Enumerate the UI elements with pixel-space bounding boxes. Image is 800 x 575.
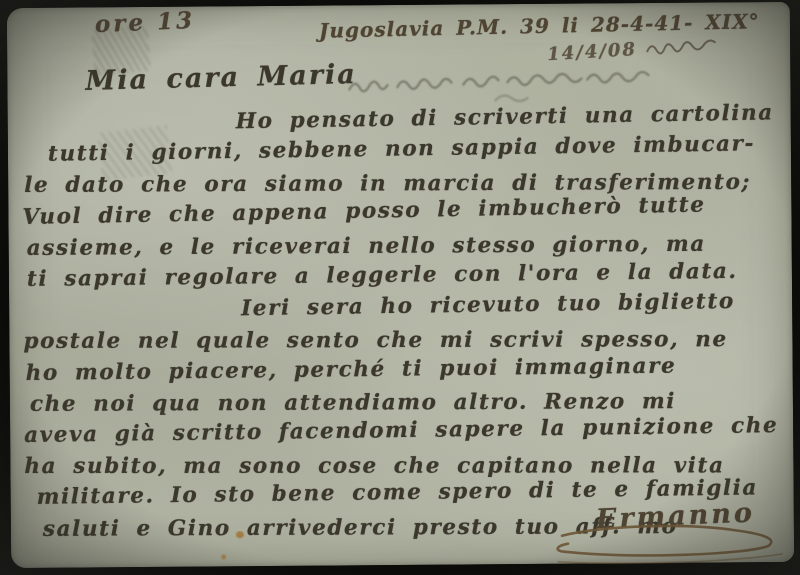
time-note: ore 13: [94, 7, 195, 38]
postcard: ore 13 Jugoslavia P.M. 39 li 28-4-41- XI…: [7, 2, 794, 568]
letter-line: tutti i giorni, sebbene non sappia dove …: [48, 128, 769, 170]
pencil-scribble-mark: [645, 35, 718, 57]
pencil-date-text: 14/4/08: [547, 39, 638, 65]
pencil-date-note: 14/4/08: [547, 34, 718, 65]
scan-background: ore 13 Jugoslavia P.M. 39 li 28-4-41- XI…: [0, 0, 800, 575]
salutation: Mia cara Maria: [85, 59, 357, 97]
signature-flourish: [556, 520, 788, 568]
letter-line: Ieri sera ho ricevuto tuo biglietto: [241, 286, 770, 325]
letter-body: Ho pensato di scriverti una cartolinatut…: [22, 102, 772, 545]
paper-stain: [221, 554, 226, 559]
